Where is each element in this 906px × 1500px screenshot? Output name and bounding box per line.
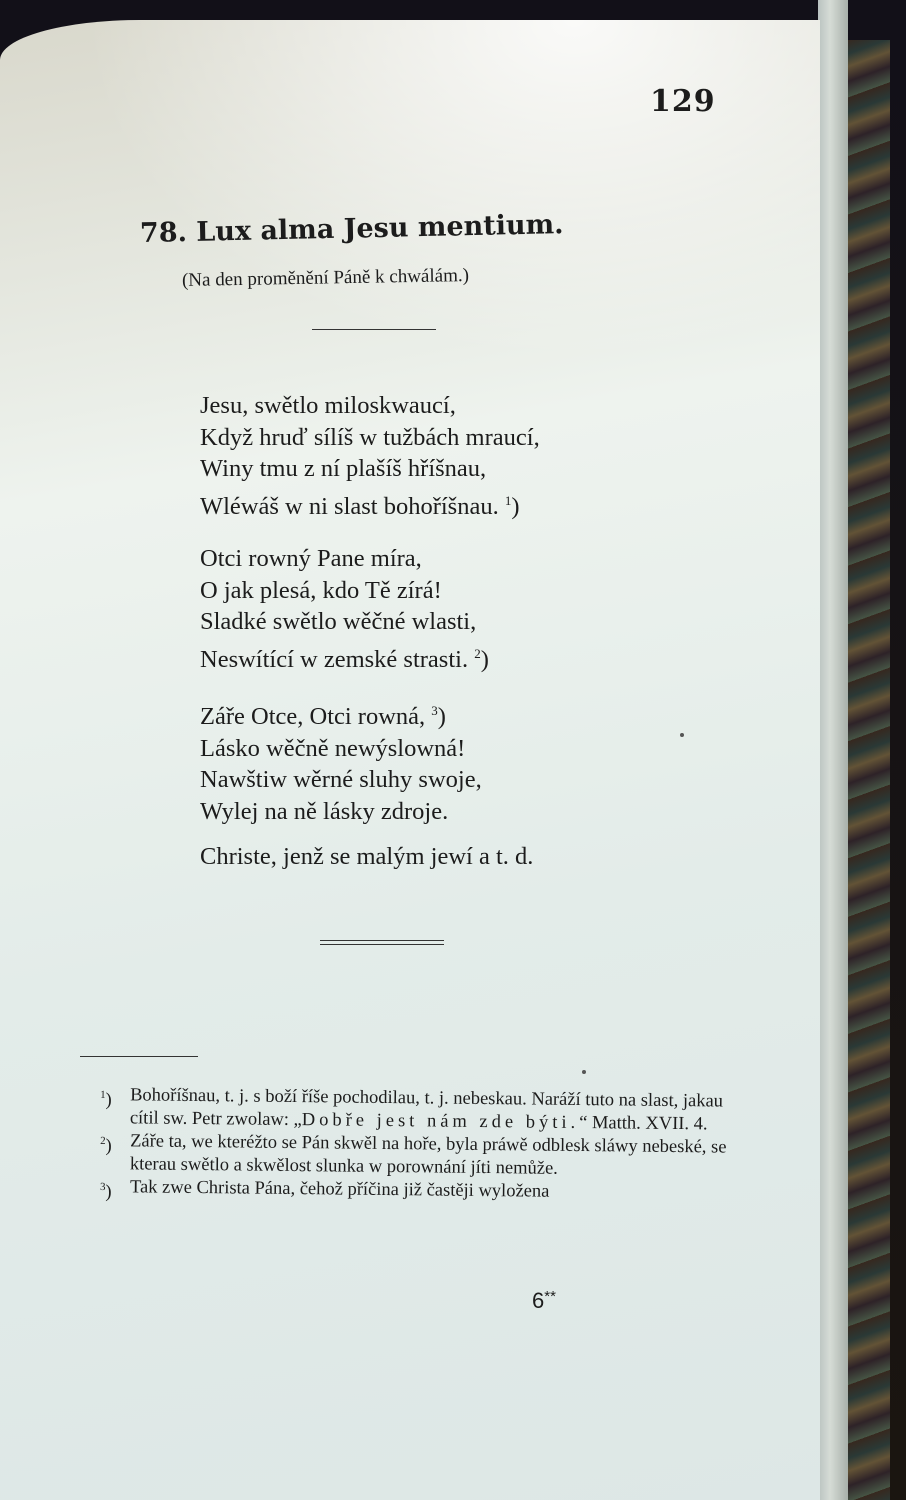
- verse-line: Wléwáš w ni slast bohoříšnau. 1): [200, 485, 540, 523]
- print-speck: [582, 1070, 586, 1074]
- page-number: 129: [650, 84, 716, 119]
- page-content: 129 78. Lux alma Jesu mentium. (Na den p…: [0, 0, 906, 1500]
- hymn-subtitle: (Na den proměnění Páně k chwálám.): [182, 265, 469, 292]
- footnote-ref: 2: [474, 646, 481, 661]
- end-double-rule: [320, 940, 444, 945]
- footnote-mark: 2): [100, 1130, 112, 1158]
- footnote-mark: 1): [100, 1084, 112, 1112]
- footnote-ref: 1: [505, 493, 512, 508]
- verse-line: Když hruď sílíš w tužbách mraucí,: [200, 422, 540, 454]
- verse-line: Lásko wěčně newýslowná!: [200, 733, 482, 765]
- footnote-2: 2) Záře ta, we kteréžto se Pán skwěl na …: [100, 1130, 740, 1183]
- stanza-1: Jesu, swětlo miloskwaucí, Když hruď sílí…: [200, 390, 540, 522]
- footnotes: 1) Bohoříšnau, t. j. s boží říše pochodi…: [100, 1084, 740, 1199]
- footnote-ref: 3: [431, 703, 438, 718]
- verse-line: Otci rowný Pane míra,: [200, 543, 489, 575]
- title-divider: [312, 329, 436, 330]
- verse-line: Sladké swětlo wěčné wlasti,: [200, 606, 489, 638]
- stanza-2: Otci rowný Pane míra, O jak plesá, kdo T…: [200, 543, 489, 675]
- footnote-mark: 3): [100, 1176, 112, 1204]
- verse-line: O jak plesá, kdo Tě zírá!: [200, 575, 489, 607]
- closing-line: Christe, jenž se malým jewí a t. d.: [200, 843, 533, 871]
- hymn-title-text: Lux alma Jesu mentium.: [196, 209, 564, 248]
- footnote-1: 1) Bohoříšnau, t. j. s boží říše pochodi…: [100, 1084, 740, 1137]
- printer-signature-mark: 6**: [532, 1288, 556, 1314]
- print-speck: [680, 733, 684, 737]
- hymn-title: 78. Lux alma Jesu mentium.: [140, 209, 564, 249]
- verse-line: Záře Otce, Otci rowná, 3): [200, 695, 482, 733]
- quoted-scripture: Dobře jest nám zde býti.: [302, 1110, 580, 1133]
- stanza-3: Záře Otce, Otci rowná, 3) Lásko wěčně ne…: [200, 695, 482, 827]
- footnote-separator: [80, 1056, 198, 1057]
- verse-line: Winy tmu z ní plašíš hříšnau,: [200, 453, 540, 485]
- verse-line: Nawštiw wěrné sluhy swoje,: [200, 764, 482, 796]
- verse-line: Neswítící w zemské strasti. 2): [200, 638, 489, 676]
- verse-line: Jesu, swětlo miloskwaucí,: [200, 390, 540, 422]
- verse-line: Wylej na ně lásky zdroje.: [200, 796, 482, 828]
- hymn-number: 78.: [140, 217, 188, 249]
